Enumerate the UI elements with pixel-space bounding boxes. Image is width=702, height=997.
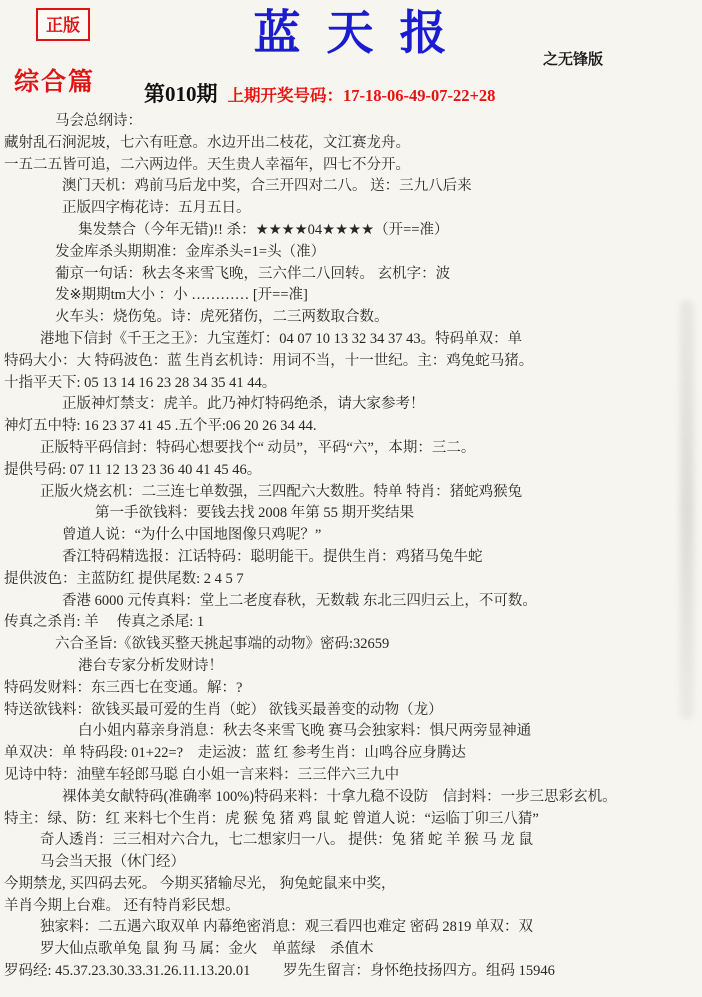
body-line: 正版神灯禁支：虎羊。此乃神灯特码绝杀，请大家参考！ xyxy=(62,394,702,416)
body-line: 今期禁龙, 买四码去死。 今期买猪输尽光， 狗兔蛇鼠来中奖， xyxy=(4,874,702,896)
body-line: 提供号码: 07 11 12 13 23 36 40 41 45 46。 xyxy=(4,460,702,482)
body-line: 单双决：单 特码段: 01+22=? 走运波：蓝 红 参考生肖：山鸣谷应身腾达 xyxy=(4,743,702,765)
section-title: 综合篇 xyxy=(14,62,95,98)
body-text-block: 马会总纲诗： 藏射乱石涧泥坡，七六有旺意。水边开出二枝花，文江赛龙舟。 一五二五… xyxy=(0,111,702,983)
body-line: 港台专家分析发财诗！ xyxy=(78,656,702,678)
scan-artifact xyxy=(680,300,694,720)
newspaper-page: 正版 蓝天报 之无锋版 综合篇 第010期上期开奖号码：17-18-06-49-… xyxy=(0,0,702,997)
body-line: 裸体美女献特码(准确率 100%)特码来料：十拿九稳不设防 信封料：一步三思彩玄… xyxy=(62,787,702,809)
body-line: 特码发财料：东三西七在变通。解：? xyxy=(4,678,702,700)
body-line: 奇人透肖：三三相对六合九，七二想家归一八。 提供：兔 猪 蛇 羊 猴 马 龙 鼠 xyxy=(40,830,702,852)
body-line: 独家料：二五遇六取双单 内幕绝密消息：观三看四也难定 密码 2819 单双：双 xyxy=(40,917,702,939)
genuine-badge: 正版 xyxy=(36,8,90,41)
body-line: 提供波色：主蓝防红 提供尾数: 2 4 5 7 xyxy=(4,569,702,591)
body-line: 特主：绿、防：红 来料七个生肖：虎 猴 兔 猪 鸡 鼠 蛇 曾道人说：“运临丁卯… xyxy=(4,809,702,831)
body-line: 正版火烧玄机：二三连七单数强，三四配六大数胜。特单 特肖：猪蛇鸡猴兔 xyxy=(40,482,702,504)
body-line: 正版四字梅花诗：五月五日。 xyxy=(62,198,702,220)
body-line: 特送欲钱料：欲钱买最可爱的生肖（蛇） 欲钱买最善变的动物（龙） xyxy=(4,700,702,722)
body-line: 港地下信封《千王之王》：九宝莲灯：04 07 10 13 32 34 37 43… xyxy=(40,329,702,351)
body-line: 十指平天下: 05 13 14 16 23 28 34 35 41 44。 xyxy=(4,373,702,395)
body-line: 神灯五中特: 16 23 37 41 45 .五个平:06 20 26 34 4… xyxy=(4,416,702,438)
issue-number: 第010期 xyxy=(144,82,218,106)
body-line: 见诗中特：油壁车轻郎马聪 白小姐一言来料：三三伴六三九中 xyxy=(4,765,702,787)
body-line: 正版特平码信封：特码心想要找个“ 动员”，平码“六”，本期：三二。 xyxy=(40,438,702,460)
body-line: 马会总纲诗： xyxy=(55,111,702,133)
body-line: 发※期期tm大小 ：小 ………… [开==准] xyxy=(55,285,702,307)
page-title: 蓝天报 xyxy=(120,0,580,63)
body-line: 马会当天报（休门经） xyxy=(40,852,702,874)
body-line: 罗码经: 45.37.23.30.33.31.26.11.13.20.01 罗先… xyxy=(4,961,702,983)
body-line: 六合圣旨:《欲钱买整天挑起事端的动物》密码:32659 xyxy=(55,634,702,656)
body-line: 火车头：烧伤兔。诗：虎死猪伤，二三两数取合数。 xyxy=(55,307,702,329)
body-line: 香港 6000 元传真料：堂上二老度春秋，无数载 东北三四归云上，不可数。 xyxy=(62,591,702,613)
body-line: 澳门天机：鸡前马后龙中奖，合三开四对二八。 送：三九八后来 xyxy=(62,176,702,198)
prev-draw-label: 上期开奖号码： xyxy=(228,86,344,105)
body-line: 曾道人说：“为什么中国地图像只鸡呢？” xyxy=(62,525,702,547)
body-line: 集发禁合（今年无错)!! 杀：★★★★04★★★★（开==准） xyxy=(78,220,702,242)
body-line: 藏射乱石涧泥坡，七六有旺意。水边开出二枝花，文江赛龙舟。 xyxy=(4,133,702,155)
prev-draw-numbers: 17-18-06-49-07-22+28 xyxy=(343,86,495,105)
body-line: 香江特码精选报：江话特码：聪明能干。提供生肖：鸡猪马兔牛蛇 xyxy=(62,547,702,569)
body-line: 罗大仙点歌单兔 鼠 狗 马 属：金火 单蓝绿 杀值木 xyxy=(40,939,702,961)
body-line: 一五二五皆可追，二六两边伴。天生贵人幸福年，四七不分开。 xyxy=(4,155,702,177)
body-line: 特码大小：大 特码波色：蓝 生肖玄机诗：用词不当，十一世纪。主：鸡兔蛇马猪。 xyxy=(4,351,702,373)
issue-row: 第010期上期开奖号码：17-18-06-49-07-22+28 xyxy=(144,78,495,108)
body-line: 发金库杀头期期准：金库杀头=1=头（准） xyxy=(55,242,702,264)
body-line: 第一手欲钱料：要钱去找 2008 年第 55 期开奖结果 xyxy=(95,503,702,525)
body-line: 羊肖今期上台难。 还有特肖彩民想。 xyxy=(4,896,702,918)
body-line: 传真之杀肖: 羊 传真之杀尾: 1 xyxy=(4,612,702,634)
body-line: 白小姐内幕亲身消息：秋去冬来雪飞晚 赛马会独家料：惧尺两旁显神通 xyxy=(78,721,702,743)
body-line: 葡京一句话：秋去冬来雪飞晚，三六伴二八回转。 玄机字：波 xyxy=(55,264,702,286)
edition-label: 之无锋版 xyxy=(543,48,603,69)
